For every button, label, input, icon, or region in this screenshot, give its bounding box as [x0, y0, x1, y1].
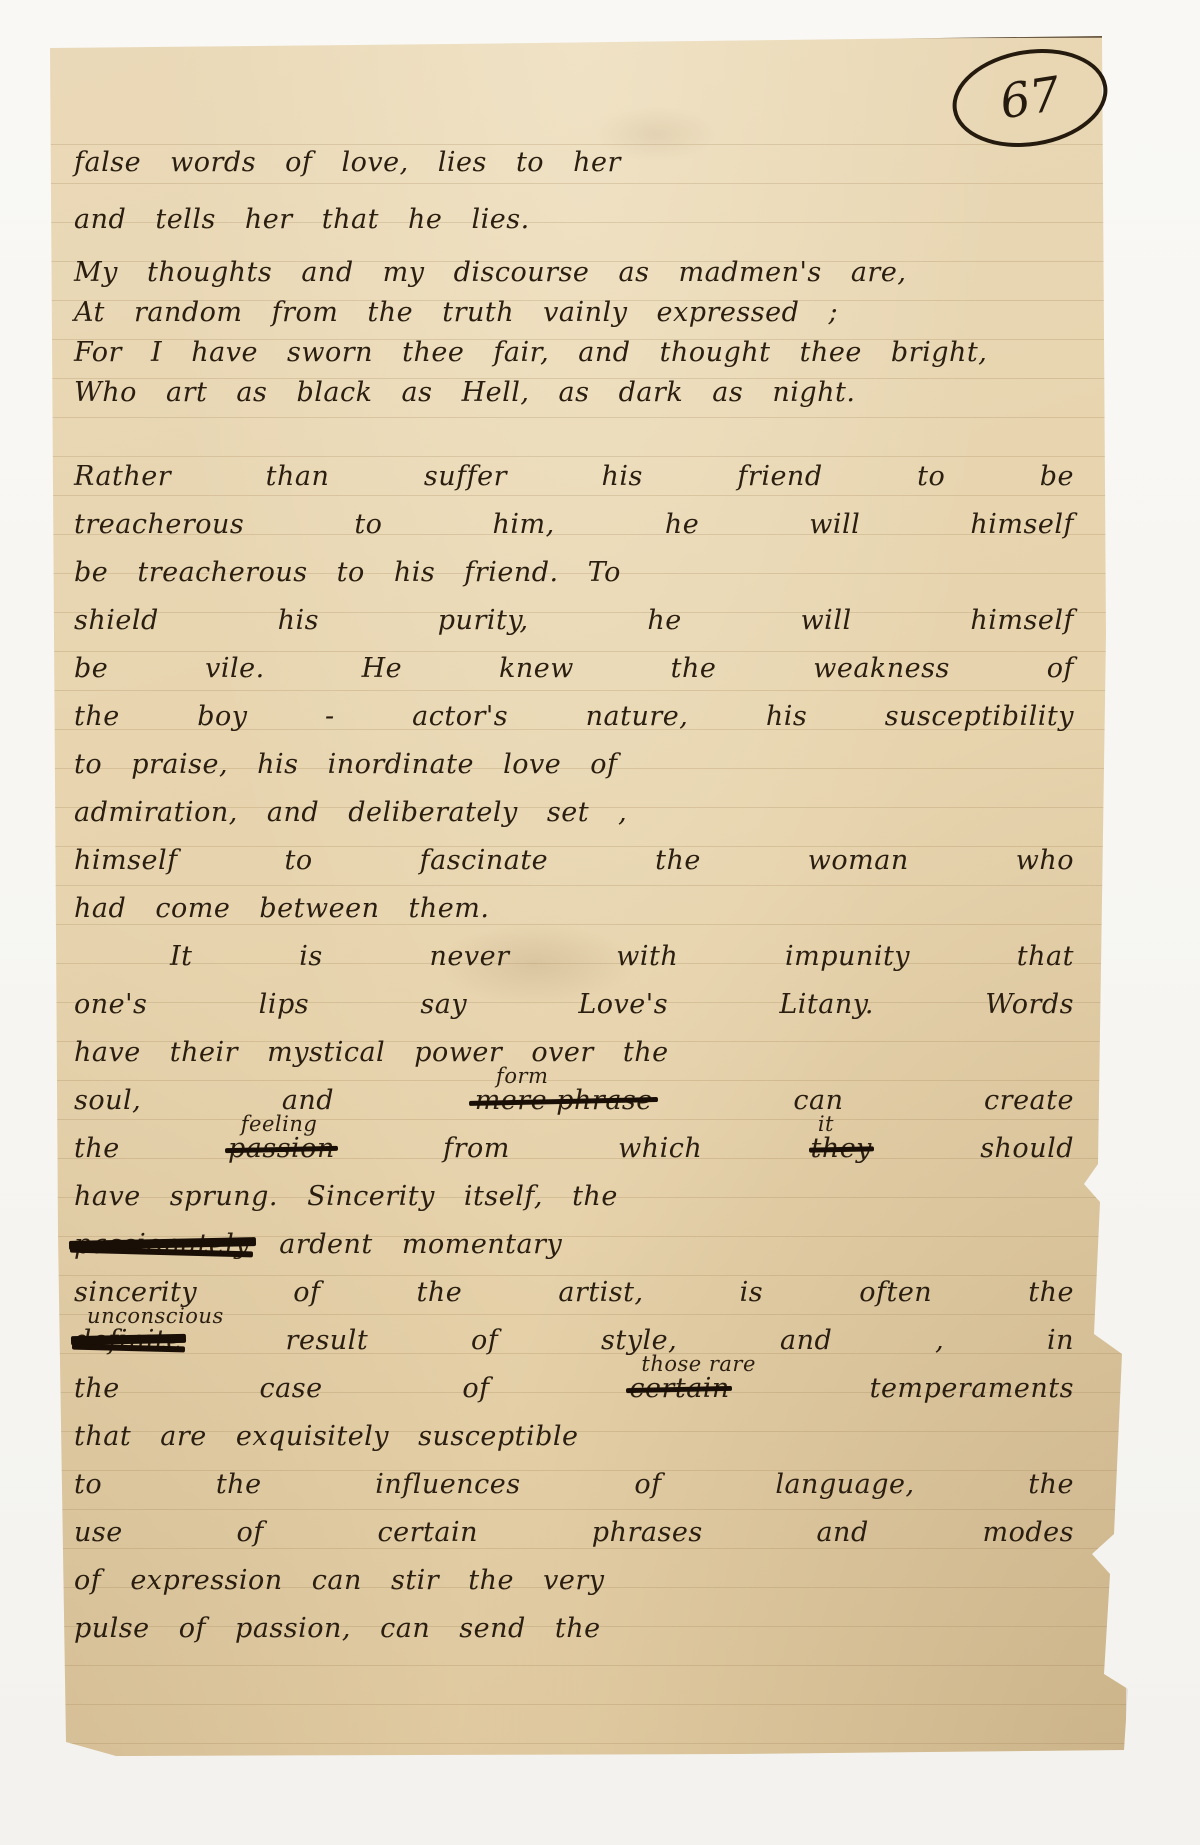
struck-word: certain — [629, 1365, 729, 1413]
manuscript-line: to praise, his inordinate love of — [74, 741, 924, 789]
text-segment: of expression can stir the very — [74, 1565, 605, 1596]
text-segment: false words of love, lies to her — [74, 147, 621, 178]
manuscript-line: soul, and formmere phrase can create — [74, 1077, 1074, 1125]
manuscript-line: have sprung. Sincerity itself, the — [74, 1173, 914, 1221]
manuscript-line: that are exquisitely susceptible — [74, 1413, 1004, 1461]
text-segment: Who art as black as Hell, as dark as nig… — [74, 377, 855, 408]
text-segment: have their mystical power over the — [74, 1037, 669, 1068]
text-segment: admiration, and deliberately set , — [74, 797, 627, 828]
manuscript-line: At random from the truth vainly expresse… — [74, 293, 809, 333]
correction-group: itthey — [810, 1125, 871, 1173]
text-segment: sincerity of the artist, is often the — [74, 1277, 1074, 1308]
correction-group: unconsciousdefinite — [74, 1317, 183, 1365]
manuscript-line: be vile. He knew the weakness of — [74, 645, 1074, 693]
manuscript-text: false words of love, lies to herand tell… — [74, 34, 1086, 1653]
text-segment: For I have sworn thee fair, and thought … — [74, 337, 987, 368]
manuscript-line: unconsciousdefinite result of style, and… — [74, 1317, 1074, 1365]
manuscript-line: pulse of passion, can send the — [74, 1605, 994, 1653]
text-block: Rather than suffer his friend to betreac… — [74, 453, 1086, 1653]
text-block: false words of love, lies to herand tell… — [74, 34, 1086, 248]
text-segment: from which — [335, 1133, 811, 1164]
text-segment: the boy - actor's nature, his susceptibi… — [74, 701, 1074, 732]
text-segment: temperaments — [730, 1373, 1074, 1404]
text-segment: one's lips say Love's Litany. Words — [74, 989, 1074, 1020]
manuscript-line: had come between them. — [74, 885, 654, 933]
manuscript-line: It is never with impunity that — [74, 933, 1074, 981]
text-segment: should — [872, 1133, 1074, 1164]
manuscript-line: Rather than suffer his friend to be — [74, 453, 1074, 501]
text-segment: result of style, and , in — [183, 1325, 1074, 1356]
text-segment: be treacherous to his friend. To — [74, 557, 621, 588]
text-segment: use of certain phrases and modes — [74, 1517, 1074, 1548]
text-segment: be vile. He knew the weakness of — [74, 653, 1074, 684]
text-segment: treacherous to him, he will himself — [74, 509, 1074, 540]
struck-word: passionately — [74, 1221, 250, 1269]
manuscript-line: the boy - actor's nature, his susceptibi… — [74, 693, 1074, 741]
manuscript-line: of expression can stir the very — [74, 1557, 1004, 1605]
text-segment: to praise, his inordinate love of — [74, 749, 618, 780]
manuscript-line: sincerity of the artist, is often the — [74, 1269, 1074, 1317]
text-segment: At random from the truth vainly expresse… — [74, 297, 838, 328]
manuscript-line: himself to fascinate the woman who — [74, 837, 1074, 885]
manuscript-line: the feelingpassion from which itthey sho… — [74, 1125, 1074, 1173]
text-segment: shield his purity, he will himself — [74, 605, 1074, 636]
text-segment: My thoughts and my discourse as madmen's… — [74, 257, 906, 288]
correction-group: those rarecertain — [629, 1365, 729, 1413]
text-segment: himself to fascinate the woman who — [74, 845, 1074, 876]
text-segment: Rather than suffer his friend to be — [74, 461, 1074, 492]
text-block: My thoughts and my discourse as madmen's… — [74, 253, 1086, 413]
text-segment: have sprung. Sincerity itself, the — [74, 1181, 618, 1212]
manuscript-line: admiration, and deliberately set , — [74, 789, 854, 837]
manuscript-line: and tells her that he lies. — [74, 191, 724, 248]
manuscript-line: shield his purity, he will himself — [74, 597, 1074, 645]
struck-word: they — [810, 1125, 871, 1173]
text-segment: ardent momentary — [250, 1229, 562, 1260]
text-segment: It is never with impunity that — [170, 941, 1074, 972]
manuscript-line: For I have sworn thee fair, and thought … — [74, 333, 949, 373]
text-segment: had come between them. — [74, 893, 489, 924]
manuscript-line: Who art as black as Hell, as dark as nig… — [74, 373, 919, 413]
manuscript-line: the case of those rarecertain temperamen… — [74, 1365, 1074, 1413]
manuscript-line: false words of love, lies to her — [74, 134, 904, 191]
manuscript-line: use of certain phrases and modes — [74, 1509, 1074, 1557]
text-segment: the case of — [74, 1373, 629, 1404]
struck-word: definite — [74, 1317, 183, 1365]
text-segment: and tells her that he lies. — [74, 204, 530, 235]
correction-group: formmere phrase — [475, 1077, 653, 1125]
manuscript-line: My thoughts and my discourse as madmen's… — [74, 253, 919, 293]
manuscript-line: passionately ardent momentary — [74, 1221, 874, 1269]
text-segment: can create — [653, 1085, 1074, 1116]
struck-word: passion — [228, 1125, 335, 1173]
manuscript-line: to the influences of language, the — [74, 1461, 1074, 1509]
manuscript-line: treacherous to him, he will himself — [74, 501, 1074, 549]
text-segment: that are exquisitely susceptible — [74, 1421, 579, 1452]
struck-word: mere phrase — [475, 1077, 653, 1125]
manuscript-line: be treacherous to his friend. To — [74, 549, 874, 597]
correction-group: feelingpassion — [228, 1125, 335, 1173]
manuscript-line: one's lips say Love's Litany. Words — [74, 981, 1074, 1029]
text-segment: to the influences of language, the — [74, 1469, 1074, 1500]
text-segment: the — [74, 1133, 228, 1164]
text-segment: pulse of passion, can send the — [74, 1613, 601, 1644]
